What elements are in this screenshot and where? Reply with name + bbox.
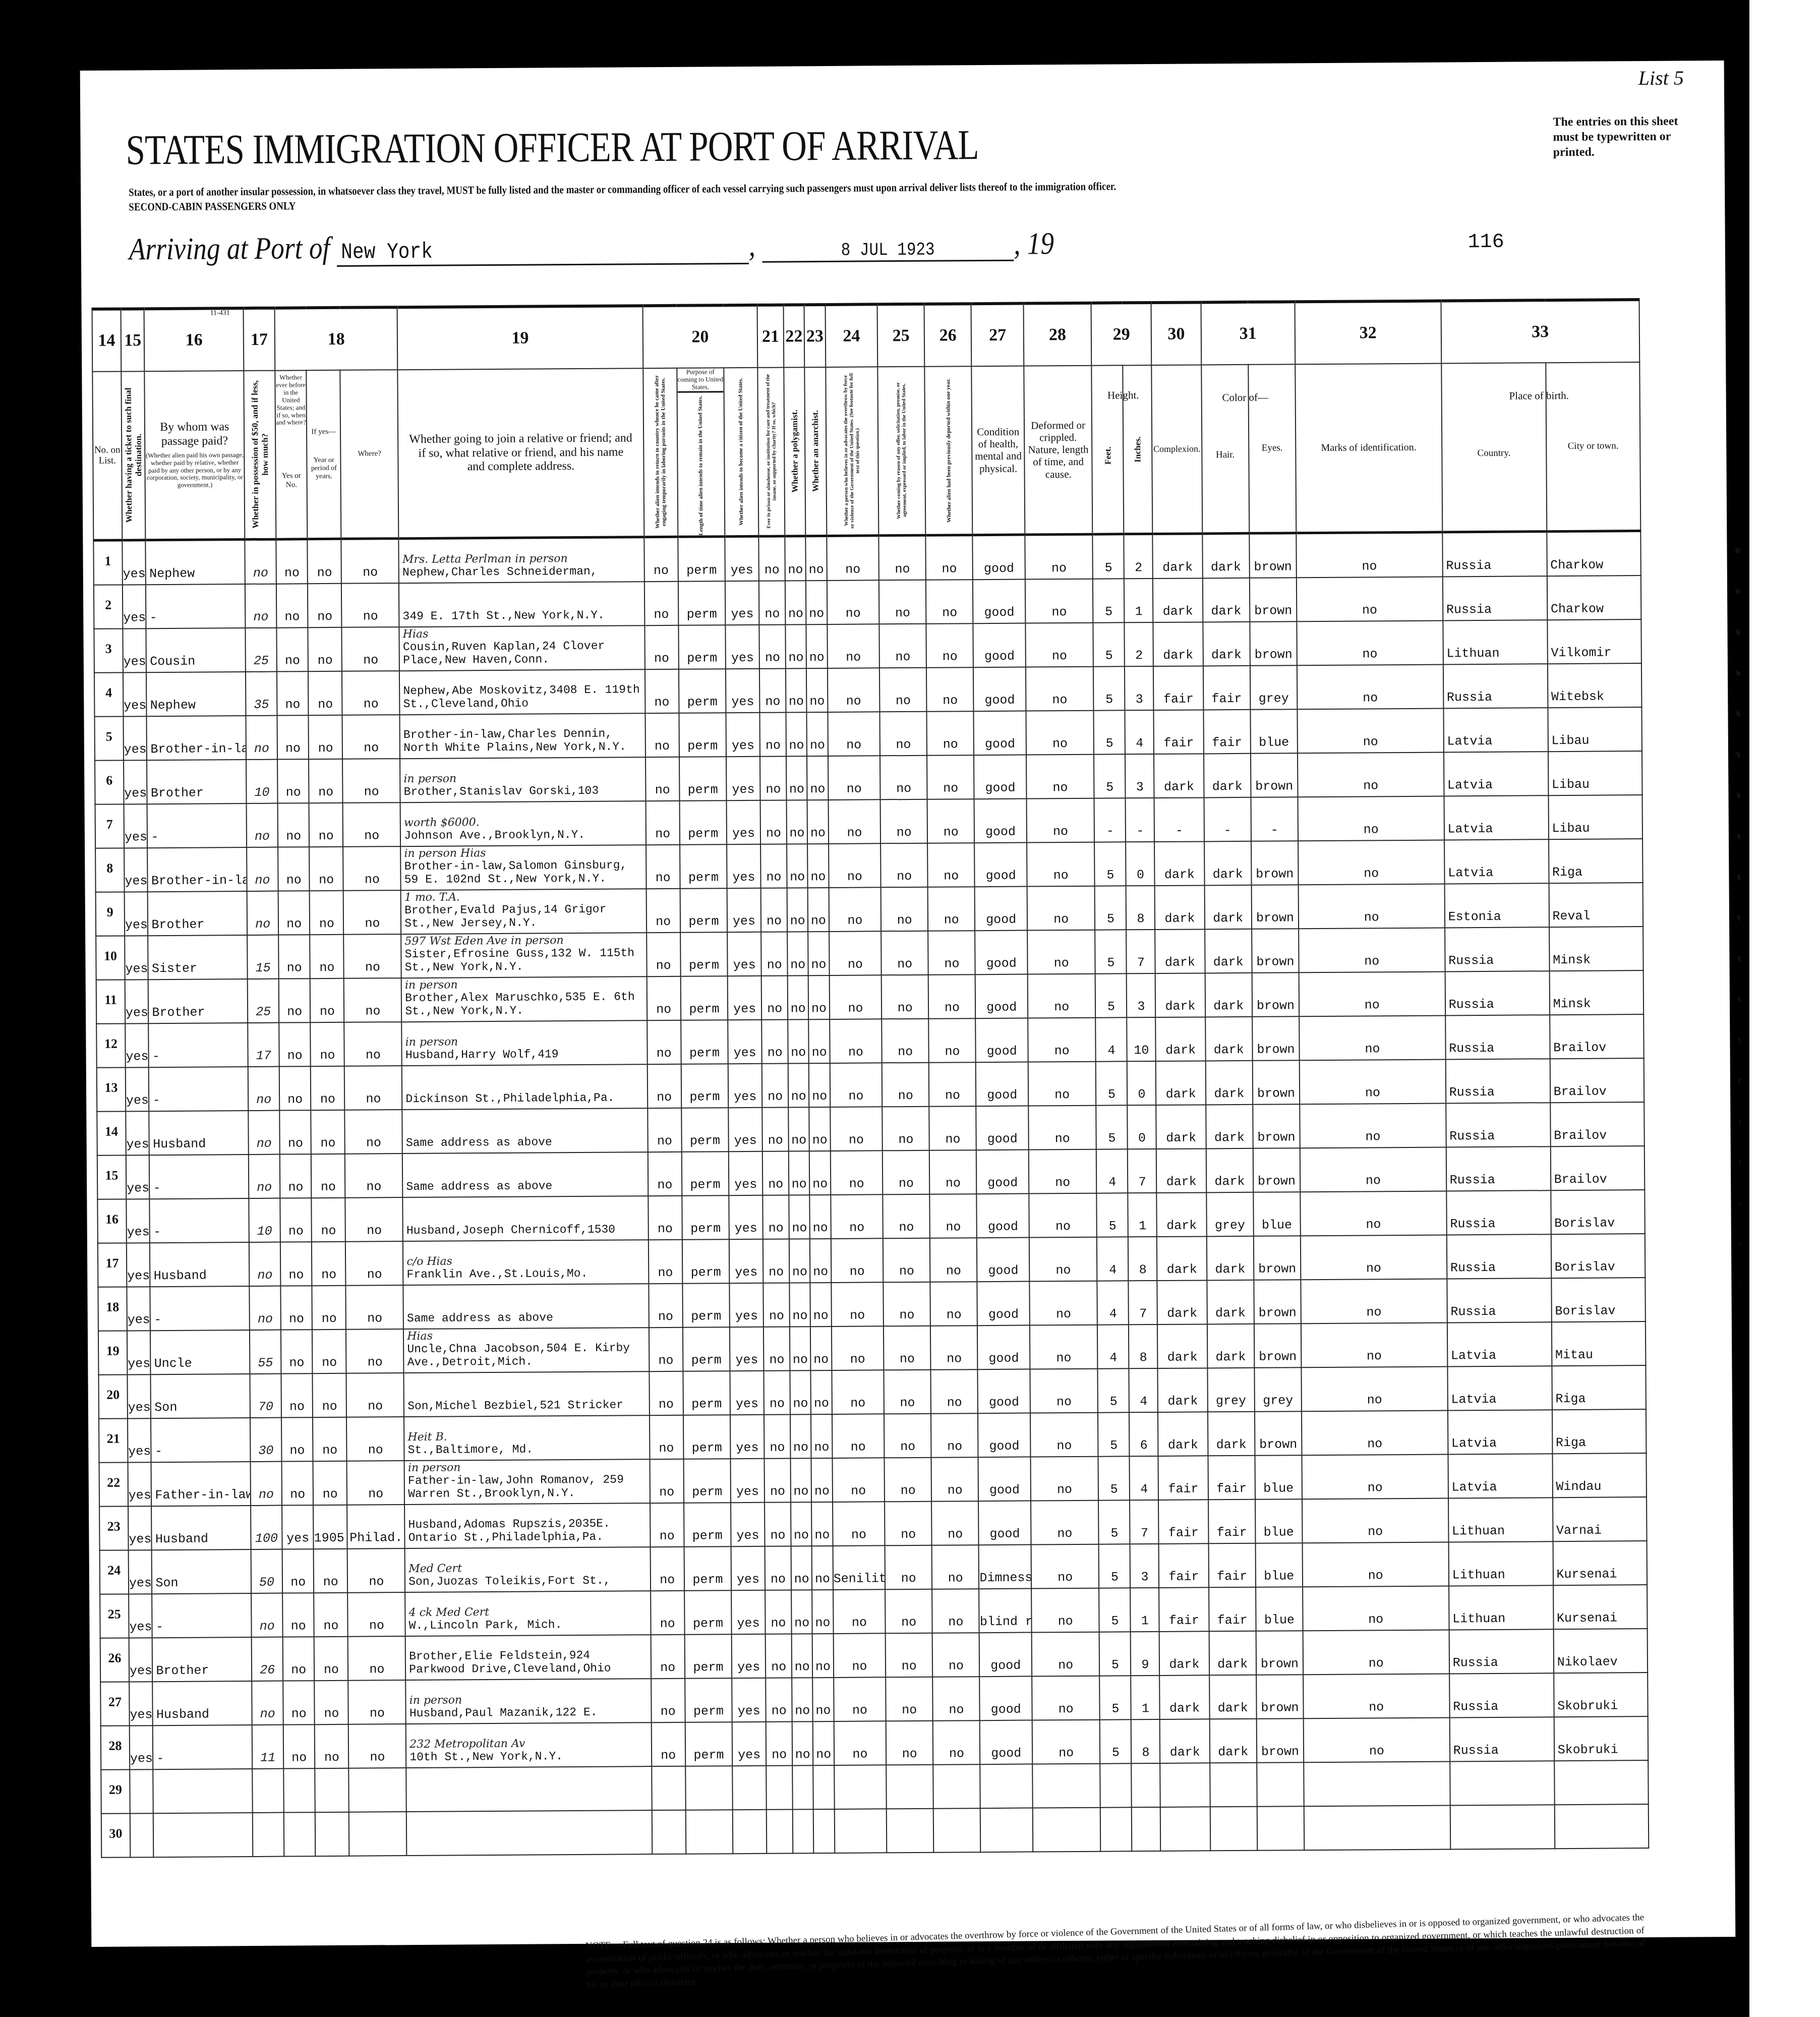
overthrow-cell: no xyxy=(833,1502,885,1546)
polygamist-cell: no xyxy=(789,1283,810,1327)
money-cell: 15 xyxy=(247,935,279,978)
overthrow-cell: no xyxy=(832,1370,884,1414)
eyes-cell: brown xyxy=(1255,1411,1302,1456)
health-cell: good xyxy=(973,623,1026,667)
length-cell: perm xyxy=(684,1590,732,1635)
complexion-cell: fair xyxy=(1153,666,1203,710)
deported-cell: no xyxy=(931,1501,979,1545)
length-cell: perm xyxy=(683,1415,731,1459)
annotation: 1 mo. T.A. xyxy=(404,890,645,904)
length-cell: perm xyxy=(680,932,728,976)
before-cell: no xyxy=(280,1198,312,1242)
citizen-cell: yes xyxy=(728,976,762,1020)
feet-cell: 4 xyxy=(1097,1281,1129,1324)
column-number-row: 14 15 16 17 18 19 20 21 22 23 24 25 26 2… xyxy=(92,300,1640,372)
col-14-number: 14 xyxy=(92,309,122,372)
deported-cell: no xyxy=(932,1633,980,1677)
overthrow-cell: no xyxy=(828,668,880,712)
city-cell: Witebsk xyxy=(1548,663,1642,708)
money-cell: 10 xyxy=(246,759,278,803)
polygamist-cell: no xyxy=(785,536,806,581)
inches-cell: 1 xyxy=(1128,1193,1157,1237)
health-cell: good xyxy=(975,886,1027,931)
list-number-cell: 9 xyxy=(96,892,125,936)
complexion-cell: dark xyxy=(1155,885,1205,930)
hair-cell: dark xyxy=(1207,1236,1254,1281)
hair-cell: fair xyxy=(1209,1587,1256,1632)
money-cell: 17 xyxy=(248,1022,279,1066)
col-33-number: 33 xyxy=(1441,300,1639,363)
country-cell xyxy=(1450,1805,1554,1849)
overthrow-cell: no xyxy=(832,1458,885,1502)
list-number-cell: 23 xyxy=(99,1506,128,1550)
eyes-cell: brown xyxy=(1253,1148,1301,1192)
country-cell: Russia xyxy=(1449,1717,1554,1761)
deported-cell: no xyxy=(929,1150,977,1194)
deformed-cell: no xyxy=(1026,754,1094,798)
return-cell: no xyxy=(650,1459,684,1503)
join-relative-cell: HiasUncle,Chna Jacobson,504 E. Kirby Ave… xyxy=(403,1328,649,1373)
city-cell: Kursenai xyxy=(1553,1541,1647,1585)
anarchist-cell: no xyxy=(811,1502,833,1546)
feet-cell: 5 xyxy=(1100,1719,1132,1763)
before-cell: no xyxy=(278,935,310,978)
paid-by-cell: Cousin xyxy=(146,628,246,672)
feet-cell: 5 xyxy=(1099,1632,1131,1676)
before-cell: no xyxy=(283,1637,315,1681)
marks-cell: no xyxy=(1298,840,1444,885)
health-cell: good xyxy=(975,930,1028,974)
overthrow-cell: no xyxy=(828,799,880,844)
inches-cell xyxy=(1132,1763,1160,1807)
citizen-cell: yes xyxy=(727,888,761,932)
ticket-cell: yes xyxy=(128,1462,151,1506)
list-number-cell: 4 xyxy=(94,672,123,716)
header-labor-offer: Whether coming by reason of any offer, s… xyxy=(877,367,925,536)
complexion-cell: fair xyxy=(1159,1587,1209,1632)
polygamist-cell: no xyxy=(787,844,808,888)
typewritten-notice: The entries on this sheet must be typewr… xyxy=(1553,113,1705,160)
polygamist-cell: no xyxy=(790,1370,811,1414)
polygamist-cell: no xyxy=(785,624,806,668)
length-cell xyxy=(685,1766,733,1810)
deformed-cell: no xyxy=(1028,973,1096,1018)
join-relative-cell: Same address as above xyxy=(402,1108,648,1154)
relative-address: Husband,Paul Mazanik,122 E. xyxy=(409,1705,651,1720)
health-cell: good xyxy=(974,798,1027,843)
marks-cell: no xyxy=(1297,664,1443,709)
complexion-cell: dark xyxy=(1158,1368,1208,1412)
feet-cell: 5 xyxy=(1097,1193,1129,1237)
marks-cell: no xyxy=(1300,1059,1446,1104)
labor-offer-cell: no xyxy=(881,887,928,932)
period-cell xyxy=(315,1768,349,1812)
return-cell: no xyxy=(647,1020,681,1064)
city-cell: Charkow xyxy=(1547,531,1641,576)
inches-cell: 0 xyxy=(1126,842,1155,886)
prison-cell: no xyxy=(764,1370,790,1414)
paid-by-cell: - xyxy=(150,1198,249,1243)
hair-cell: dark xyxy=(1202,533,1250,578)
anarchist-cell: no xyxy=(813,1721,834,1765)
marks-cell xyxy=(1304,1761,1450,1806)
join-relative-cell: Dickinson St.,Philadelphia,Pa. xyxy=(402,1064,648,1110)
join-relative-cell: Mrs. Letta Perlman in personNephew,Charl… xyxy=(399,537,644,583)
eyes-cell: brown xyxy=(1253,1060,1300,1105)
return-cell: no xyxy=(644,582,678,625)
before-cell: no xyxy=(281,1330,313,1373)
return-cell: no xyxy=(648,1239,682,1283)
polygamist-cell: no xyxy=(788,1019,809,1063)
polygamist-cell: no xyxy=(792,1678,813,1721)
health-cell: good xyxy=(977,1237,1029,1282)
col-21-number: 21 xyxy=(757,305,784,367)
country-cell: Latvia xyxy=(1444,795,1548,840)
return-cell: no xyxy=(651,1678,685,1722)
paid-by-cell: Nephew xyxy=(146,672,246,716)
join-relative-cell: in personBrother,Stanislav Gorski,103 xyxy=(400,757,645,802)
period-cell: no xyxy=(313,1373,347,1417)
health-cell: good xyxy=(976,1106,1029,1150)
prison-cell: no xyxy=(765,1546,791,1590)
marks-cell: no xyxy=(1301,1279,1447,1323)
ticket-cell: yes xyxy=(128,1506,152,1550)
marks-cell: no xyxy=(1300,1103,1446,1148)
eyes-cell: brown xyxy=(1254,1280,1301,1324)
deported-cell xyxy=(933,1808,981,1853)
where-cell: no xyxy=(345,1110,402,1154)
annotation: Heit B. xyxy=(407,1429,649,1444)
marks-cell: no xyxy=(1299,1015,1445,1060)
anarchist-cell: no xyxy=(809,1151,831,1195)
list-number-cell: 28 xyxy=(101,1725,130,1769)
eyes-cell: - xyxy=(1251,797,1298,841)
return-cell: no xyxy=(648,1108,682,1151)
relative-address: Sister,Efrosine Guss,132 W. 115th St.,Ne… xyxy=(405,946,647,974)
join-relative-cell: Husband,Adomas Rupszis,2035E. Ontario St… xyxy=(404,1503,650,1548)
overthrow-cell: no xyxy=(827,536,879,581)
overthrow-cell: no xyxy=(831,1194,883,1239)
eyes-cell: brown xyxy=(1251,841,1299,885)
list-number-cell: 14 xyxy=(97,1111,126,1155)
relative-address: Same address as above xyxy=(406,1179,647,1193)
period-cell: no xyxy=(312,1198,346,1242)
deformed-cell xyxy=(1033,1807,1101,1852)
country-cell xyxy=(1450,1761,1554,1805)
relative-address xyxy=(410,1851,652,1852)
citizen-cell: yes xyxy=(727,844,761,888)
period-cell: no xyxy=(312,1330,346,1373)
prison-cell: no xyxy=(759,668,786,712)
period-cell: no xyxy=(314,1637,348,1681)
inches-cell: 1 xyxy=(1124,579,1153,622)
adjacent-page-edge xyxy=(1740,0,1820,2017)
deported-cell: no xyxy=(931,1369,978,1414)
overthrow-cell: no xyxy=(827,624,879,668)
labor-offer-cell: no xyxy=(882,1062,929,1107)
anarchist-cell: no xyxy=(811,1414,832,1458)
ticket-cell: yes xyxy=(125,892,148,936)
length-cell: perm xyxy=(681,976,728,1020)
eyes-cell: brown xyxy=(1251,753,1298,797)
ticket-cell: yes xyxy=(124,804,147,848)
paid-by-cell: Husband xyxy=(149,1111,249,1155)
eyes-cell: brown xyxy=(1252,972,1299,1017)
complexion-cell: dark xyxy=(1155,973,1205,1017)
marks-cell: no xyxy=(1296,532,1442,578)
anarchist-cell: no xyxy=(812,1634,834,1678)
feet-cell: 5 xyxy=(1098,1368,1130,1412)
eyes-cell: brown xyxy=(1249,533,1297,578)
health-cell: good xyxy=(980,1676,1032,1720)
hair-cell: dark xyxy=(1206,1105,1253,1149)
relative-address: Son,Juozas Toleikis,Fort St., xyxy=(408,1574,650,1588)
labor-offer-cell: no xyxy=(882,974,929,1019)
inches-cell: 2 xyxy=(1125,622,1153,666)
eyes-cell: blue xyxy=(1253,1192,1301,1236)
country-cell: Russia xyxy=(1443,576,1547,620)
deported-cell: no xyxy=(930,1238,977,1282)
join-relative-cell: in personHusband,Harry Wolf,419 xyxy=(401,1020,647,1066)
before-cell: no xyxy=(279,1022,311,1066)
deformed-cell: no xyxy=(1029,1237,1097,1281)
annotation: worth $6000. xyxy=(404,815,645,829)
anarchist-cell: no xyxy=(812,1546,833,1590)
labor-offer-cell: no xyxy=(879,668,927,712)
health-cell: good xyxy=(976,1062,1028,1106)
deformed-cell: no xyxy=(1030,1368,1098,1413)
paid-by-cell: Father-in-law xyxy=(151,1462,251,1506)
deformed-cell: no xyxy=(1027,842,1095,886)
list-number-cell: 8 xyxy=(95,848,124,892)
overthrow-cell: no xyxy=(833,1589,886,1634)
hair-cell: - xyxy=(1204,797,1251,842)
money-cell: no xyxy=(251,1593,283,1637)
labor-offer-cell: no xyxy=(885,1545,932,1589)
length-cell: perm xyxy=(682,1195,729,1240)
passenger-manifest-table: 14 15 16 17 18 19 20 21 22 23 24 25 26 2… xyxy=(92,298,1650,1858)
where-cell: no xyxy=(341,583,399,627)
money-cell xyxy=(253,1812,284,1856)
annotation xyxy=(410,1851,652,1852)
relative-address: Johnson Ave.,Brooklyn,N.Y. xyxy=(404,828,645,842)
table-row: 30 xyxy=(101,1804,1649,1858)
labor-offer-cell: no xyxy=(886,1677,933,1721)
feet-cell: 5 xyxy=(1095,886,1127,930)
relative-address: Husband,Adomas Rupszis,2035E. Ontario St… xyxy=(408,1517,650,1545)
return-cell: no xyxy=(651,1590,685,1634)
prison-cell: no xyxy=(762,1107,788,1151)
where-cell: no xyxy=(347,1548,405,1593)
citizen-cell: yes xyxy=(726,713,760,757)
prison-cell: no xyxy=(762,1151,789,1195)
header-health: Condition of health, mental and physical… xyxy=(972,366,1025,535)
paid-by-cell xyxy=(153,1769,253,1813)
before-cell: no xyxy=(278,847,310,891)
country-cell: Russia xyxy=(1445,927,1549,971)
join-relative-cell xyxy=(406,1810,652,1856)
ticket-cell: yes xyxy=(128,1550,152,1594)
where-cell: no xyxy=(341,538,399,583)
labor-offer-cell: no xyxy=(879,580,926,624)
money-cell: 10 xyxy=(249,1198,280,1242)
col-25-number: 25 xyxy=(877,304,925,367)
anarchist-cell: no xyxy=(808,975,830,1019)
health-cell: good xyxy=(973,535,1025,580)
complexion-cell: dark xyxy=(1158,1412,1208,1456)
overthrow-cell: no xyxy=(831,1238,884,1283)
paid-by-cell: Husband xyxy=(152,1506,251,1550)
join-relative-cell: Same address as above xyxy=(403,1284,649,1329)
marks-cell: no xyxy=(1302,1498,1448,1543)
join-relative-cell: Heit B.St.,Baltimore, Md. xyxy=(404,1415,650,1461)
city-cell: Brailov xyxy=(1550,1102,1645,1146)
where-cell: no xyxy=(348,1592,405,1637)
hair-cell: dark xyxy=(1203,622,1250,666)
deported-cell: no xyxy=(932,1545,979,1589)
polygamist-cell: no xyxy=(789,1151,810,1195)
header-marks: Marks of identification. xyxy=(1295,364,1442,533)
deported-cell: no xyxy=(929,1106,977,1150)
prison-cell: no xyxy=(762,1063,788,1107)
complexion-cell: dark xyxy=(1157,1324,1207,1368)
inches-cell: 3 xyxy=(1130,1544,1159,1588)
deformed-cell: no xyxy=(1028,1017,1096,1062)
eyes-cell xyxy=(1257,1762,1304,1807)
polygamist-cell: no xyxy=(790,1414,811,1458)
before-cell: no xyxy=(281,1417,313,1461)
inches-cell: 4 xyxy=(1129,1368,1158,1412)
labor-offer-cell: no xyxy=(885,1501,932,1545)
col-30-number: 30 xyxy=(1151,302,1201,365)
ticket-cell xyxy=(130,1769,153,1813)
period-cell: no xyxy=(314,1549,348,1593)
paid-by-cell: Husband xyxy=(153,1681,252,1725)
marks-cell: no xyxy=(1301,1366,1447,1411)
list-number-cell: 12 xyxy=(96,1023,125,1067)
list-number-cell: 3 xyxy=(94,628,123,672)
prison-cell: no xyxy=(763,1239,789,1283)
citizen-cell: yes xyxy=(731,1546,766,1590)
inches-cell: 9 xyxy=(1131,1632,1159,1676)
length-cell: perm xyxy=(682,1283,730,1328)
header-height-feet: Height.Feet. xyxy=(1092,365,1124,534)
return-cell: no xyxy=(647,976,681,1020)
deformed-cell: no xyxy=(1025,622,1093,667)
join-relative-cell: in person HiasBrother-in-law,Salomon Gin… xyxy=(400,845,646,890)
paid-by-cell: - xyxy=(151,1418,250,1462)
return-cell: no xyxy=(651,1634,685,1678)
anarchist-cell: no xyxy=(811,1458,833,1502)
return-cell: no xyxy=(644,537,678,582)
country-cell: Russia xyxy=(1442,531,1547,577)
city-cell: Libau xyxy=(1548,795,1642,839)
health-cell: good xyxy=(977,1281,1030,1326)
inches-cell: 10 xyxy=(1127,1017,1156,1061)
health-cell: good xyxy=(977,1325,1030,1369)
polygamist-cell: no xyxy=(789,1239,810,1283)
list-number-cell: 10 xyxy=(96,936,125,979)
anarchist-cell: no xyxy=(806,581,827,624)
deported-cell: no xyxy=(931,1413,978,1458)
marks-cell: no xyxy=(1299,971,1445,1016)
eyes-cell: brown xyxy=(1253,1104,1300,1148)
citizen-cell: yes xyxy=(726,800,760,844)
header-purpose-return: Whether alien intends to return to count… xyxy=(643,368,678,537)
country-cell: Estonia xyxy=(1444,883,1549,928)
length-cell: perm xyxy=(681,1020,728,1064)
money-cell: no xyxy=(249,1286,281,1330)
relative-address: W.,Lincoln Park, Mich. xyxy=(409,1618,650,1632)
complexion-cell: dark xyxy=(1157,1236,1207,1281)
where-cell: no xyxy=(345,1197,403,1242)
deported-cell: no xyxy=(932,1677,980,1721)
marks-cell: no xyxy=(1304,1717,1450,1762)
overthrow-cell: no xyxy=(834,1721,886,1765)
col-28-number: 28 xyxy=(1023,303,1091,366)
marks-cell: no xyxy=(1302,1454,1448,1499)
before-cell: no xyxy=(277,671,309,715)
anarchist-cell: no xyxy=(812,1590,833,1634)
annotation: in person xyxy=(403,771,644,785)
list-number-cell: 13 xyxy=(97,1067,126,1111)
marks-cell: no xyxy=(1299,928,1445,972)
feet-cell: 5 xyxy=(1094,754,1126,798)
col-15-number: 15 xyxy=(121,309,144,371)
join-relative-cell: HiasCousin,Ruven Kaplan,24 Clover Place,… xyxy=(399,625,645,671)
join-relative-cell: Brother-in-law,Charles Dennin, North Whi… xyxy=(400,713,645,759)
feet-cell xyxy=(1100,1807,1132,1851)
deformed-cell: no xyxy=(1031,1544,1099,1588)
hair-cell: dark xyxy=(1204,885,1252,930)
eyes-cell: grey xyxy=(1254,1367,1302,1412)
anarchist-cell: no xyxy=(810,1327,832,1370)
feet-cell: 5 xyxy=(1093,666,1125,710)
prison-cell: no xyxy=(761,1019,788,1063)
return-cell: no xyxy=(648,1195,682,1239)
inches-cell: 8 xyxy=(1129,1324,1157,1368)
header-polygamist: Whether a polygamist. xyxy=(784,367,805,536)
complexion-cell: dark xyxy=(1156,1061,1206,1105)
labor-offer-cell: no xyxy=(883,1238,930,1282)
health-cell: good xyxy=(974,711,1026,755)
hair-cell: grey xyxy=(1207,1368,1255,1412)
complexion-cell: dark xyxy=(1154,754,1204,798)
relative-address: Brother,Elie Feldstein,924 Parkwood Driv… xyxy=(409,1648,651,1677)
citizen-cell: yes xyxy=(732,1634,766,1678)
prison-cell: no xyxy=(766,1721,792,1765)
annotation: in person xyxy=(408,1460,649,1474)
where-cell: no xyxy=(343,846,401,891)
eyes-cell: brown xyxy=(1254,1323,1302,1368)
overthrow-cell: no xyxy=(830,1107,883,1151)
join-relative-cell: in personFather-in-law,John Romanov, 259… xyxy=(404,1459,650,1505)
polygamist-cell: no xyxy=(787,888,808,932)
deported-cell: no xyxy=(927,755,974,799)
relative-address: Brother-in-law,Charles Dennin, North Whi… xyxy=(403,727,645,755)
eyes-cell: brown xyxy=(1256,1718,1304,1763)
return-cell: no xyxy=(648,1151,682,1195)
where-cell: no xyxy=(342,627,399,671)
city-cell: Skobruki xyxy=(1554,1673,1648,1717)
citizen-cell: yes xyxy=(726,757,760,800)
join-relative-cell: Med CertSon,Juozas Toleikis,Fort St., xyxy=(405,1547,651,1592)
prison-cell: no xyxy=(759,624,786,668)
deported-cell xyxy=(933,1764,981,1809)
overthrow-cell: no xyxy=(833,1633,886,1678)
annotation: in person xyxy=(405,977,646,992)
ticket-cell: yes xyxy=(127,1374,151,1418)
